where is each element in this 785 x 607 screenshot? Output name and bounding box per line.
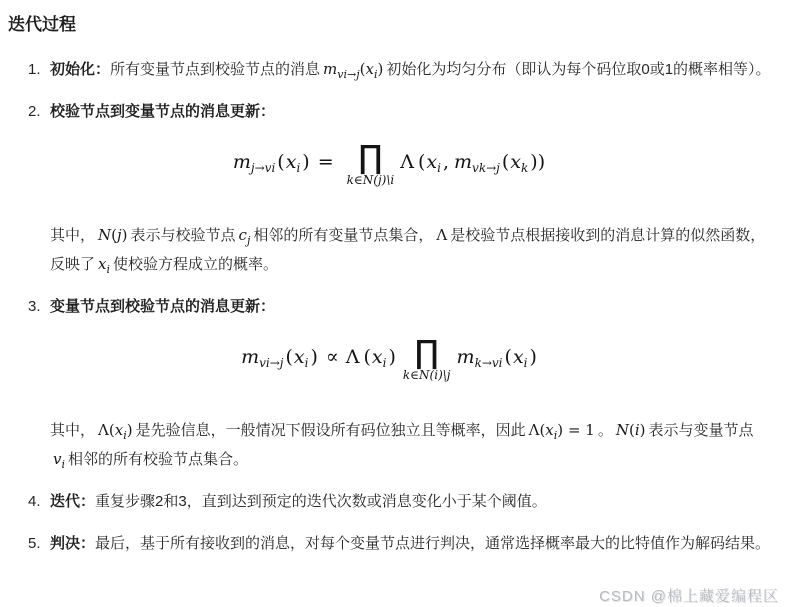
inline-math-v-i: vi xyxy=(53,450,65,468)
item-label: 变量节点到校验节点的消息更新： xyxy=(50,298,275,315)
item-number: 5. xyxy=(28,529,50,558)
formula-check-to-variable-update: mj→vi(xi)=∏k∈N(j)\iΛ(xi,mvk→j(xk)) xyxy=(8,142,771,187)
item-content: 判决：最后，基于所有接收到的消息，对每个变量节点进行判决，通常选择概率最大的比特… xyxy=(50,529,771,558)
inline-math-m-vi-j: mvi→j(xi) xyxy=(323,60,383,78)
list-item-4: 4. 迭代：重复步骤2和3，直到达到预定的迭代次数或消息变化小于某个阈值。 xyxy=(28,487,771,516)
list-item-5: 5. 判决：最后，基于所有接收到的消息，对每个变量节点进行判决，通常选择概率最大… xyxy=(28,529,771,558)
item-text: 最后，基于所有接收到的消息，对每个变量节点进行判决，通常选择概率最大的比特值作为… xyxy=(95,535,770,552)
item-content: 校验节点到变量节点的消息更新： xyxy=(50,97,771,126)
item-content: 迭代：重复步骤2和3，直到达到预定的迭代次数或消息变化小于某个阈值。 xyxy=(50,487,771,516)
inline-math-lambda-x-i-equals-1: Λ(xi) = 1 xyxy=(529,421,595,439)
list-item-3: 3. 变量节点到校验节点的消息更新： xyxy=(28,292,771,321)
list-item-2: 2. 校验节点到变量节点的消息更新： xyxy=(28,97,771,126)
article-body: 迭代过程 1. 初始化：所有变量节点到校验节点的消息mvi→j(xi)初始化为均… xyxy=(0,0,785,558)
item-number: 4. xyxy=(28,487,50,516)
inline-math-lambda: Λ xyxy=(436,226,447,244)
item-number: 1. xyxy=(28,55,50,84)
paragraph-note-1: 其中，N(j)表示与校验节点cj相邻的所有变量节点集合，Λ是校验节点根据接收到的… xyxy=(50,221,771,279)
inline-math-N-j: N(j) xyxy=(98,226,128,244)
product-operator: ∏k∈N(j)\i xyxy=(347,142,395,187)
item-number: 2. xyxy=(28,97,50,126)
inline-math-N-i: N(i) xyxy=(616,421,646,439)
item-text: 所有变量节点到校验节点的消息 xyxy=(110,61,320,78)
item-text: 初始化为均匀分布（即认为每个码位取0或1的概率相等）。 xyxy=(386,61,770,78)
item-label: 初始化： xyxy=(50,61,110,78)
inline-math-lambda-x-i: Λ(xi) xyxy=(98,421,133,439)
item-content: 变量节点到校验节点的消息更新： xyxy=(50,292,771,321)
paragraph-note-2: 其中，Λ(xi)是先验信息，一般情况下假设所有码位独立且等概率，因此Λ(xi) … xyxy=(50,416,771,474)
inline-math-x-i: xi xyxy=(98,255,110,273)
item-label: 迭代： xyxy=(50,493,95,510)
list-item-1: 1. 初始化：所有变量节点到校验节点的消息mvi→j(xi)初始化为均匀分布（即… xyxy=(28,55,771,84)
inline-math-c-j: cj xyxy=(239,226,251,244)
item-label: 校验节点到变量节点的消息更新： xyxy=(50,103,275,120)
formula-variable-to-check-update: mvi→j(xi)∝Λ(xi)∏k∈N(i)\jmk→vi(xi) xyxy=(8,337,771,382)
item-text: 重复步骤2和3，直到达到预定的迭代次数或消息变化小于某个阈值。 xyxy=(95,493,547,510)
page-title: 迭代过程 xyxy=(8,10,771,35)
csdn-watermark: CSDN @棉上藏爱编程区 xyxy=(599,585,779,606)
product-operator: ∏k∈N(i)\j xyxy=(403,337,451,382)
item-number: 3. xyxy=(28,292,50,321)
item-label: 判决： xyxy=(50,535,95,552)
item-content: 初始化：所有变量节点到校验节点的消息mvi→j(xi)初始化为均匀分布（即认为每… xyxy=(50,55,771,84)
